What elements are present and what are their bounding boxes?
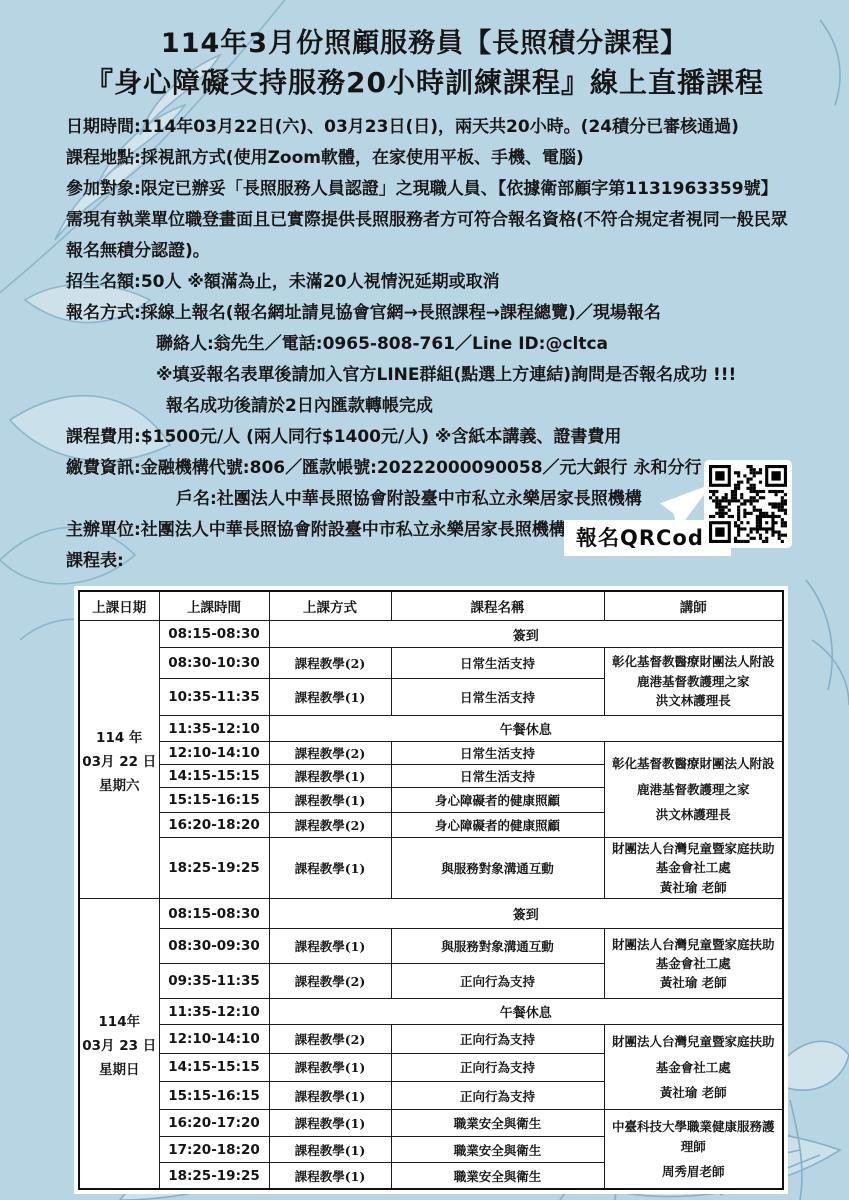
date-cell: 114 年03月 22 日星期六 [79,621,159,899]
info-segment: 課程地點:採視訊方式(使用Zoom軟體，在家使用平板、手機、電腦) [66,148,584,168]
info-segment: 聯絡人:翁先生／電話:0965-808-761／Line ID:@cltca [156,334,608,354]
method-cell: 課程教學(1) [269,838,391,899]
info-segment: (兩人同行$1400元/人) ※含紙本講義、證書費用 [240,427,621,447]
column-header: 上課方式 [269,591,391,621]
course-cell: 日常生活支持 [391,765,604,788]
info-segment: 主辦單位:社團法人中華長照協會附設臺中市私立永樂居家長照機構 [66,520,566,540]
info-segment: 20 [323,272,347,292]
info-segment: ※額滿為止，未滿 [181,272,322,292]
course-cell: 正向行為支持 [391,1081,604,1109]
info-segment: 20 [506,117,530,137]
instructor-line: 財團法人台灣兒童暨家庭扶助 [607,839,781,858]
column-header: 課程名稱 [391,591,604,621]
column-header: 講師 [604,591,783,621]
schedule-row: 114年03月 23 日星期日08:15-08:30簽到 [79,899,783,929]
info-segment: 1131963359號 [625,179,760,199]
instructor-line: 黃社瑜 老師 [607,878,781,897]
instructor-cell: 彰化基督教醫療財團法人附設鹿港基督教護理之家洪文林護理長 [604,648,783,716]
instructor-line: 財團法人台灣兒童暨家庭扶助 [607,1032,781,1051]
full-width-activity-cell: 午餐休息 [269,716,783,742]
instructor-cell: 財團法人台灣兒童暨家庭扶助基金會社工處黃社瑜 老師 [604,838,783,899]
info-segment: 參加對象:限定已辦妥「長照服務人員認證」之現職人員、【依據衛部顧字第 [66,179,625,199]
time-cell: 15:15-16:15 [159,1081,269,1109]
time-cell: 08:15-08:30 [159,621,269,648]
method-cell: 課程教學(2) [269,1025,391,1053]
title-line-1: 114年3月份照顧服務員【長照積分課程】 [0,26,849,61]
instructor-line: 洪文林護理長 [607,805,781,824]
instructor-line: 基金會社工處 [607,858,781,877]
info-line: 聯絡人:翁先生／電話:0965-808-761／Line ID:@cltca [66,329,792,360]
time-cell: 17:20-18:20 [159,1136,269,1163]
info-segment: 報名方式:採線上報名(報名網址請見協會官網→長照課程→課程總覽)／現場報名 [66,303,661,323]
schedule-row: 08:30-09:30課程教學(1)與服務對象溝通互動財團法人台灣兒童暨家庭扶助… [79,929,783,964]
qr-code-image [709,465,787,543]
instructor-cell: 中臺科技大學職業健康服務護理師周秀眉老師 [604,1110,783,1190]
instructor-cell: 彰化基督教醫療財團法人附設鹿港基督教護理之家洪文林護理長 [604,742,783,838]
info-line: 繳費資訊:金融機構代號:806／匯款帳號:20222000090058／元大銀行… [66,453,792,484]
full-width-activity-cell: 簽到 [269,899,783,929]
time-cell: 14:15-15:15 [159,1053,269,1081]
info-segment: 戶名:社團法人中華長照協會附設臺中市私立永樂居家長照機構 [176,489,642,509]
schedule-row: 18:25-19:25課程教學(1)與服務對象溝通互動財團法人台灣兒童暨家庭扶助… [79,838,783,899]
instructor-line: 財團法人台灣兒童暨家庭扶助 [607,935,781,954]
schedule-row: 114 年03月 22 日星期六08:15-08:30簽到 [79,621,783,648]
title-line-2: 『身心障礙支持服務20小時訓練課程』線上直播課程 [0,65,849,101]
course-cell: 正向行為支持 [391,1025,604,1053]
date-line: 03月 22 日 [82,750,157,770]
time-cell: 08:30-09:30 [159,929,269,964]
method-cell: 課程教學(1) [269,679,391,716]
method-cell: 課程教學(2) [269,813,391,838]
course-cell: 職業安全與衛生 [391,1163,604,1190]
schedule-row: 11:35-12:10午餐休息 [79,999,783,1025]
registration-qr-code [704,460,792,548]
info-line: 報名方式:採線上報名(報名網址請見協會官網→長照課程→課程總覽)／現場報名 [66,298,792,329]
instructor-line: 鹿港基督教護理之家 [607,672,781,691]
instructor-line: 基金會社工處 [607,954,781,973]
method-cell: 課程教學(1) [269,788,391,813]
info-segment: 114年03月22日(六)、03月23日(日) [141,117,438,137]
method-cell: 課程教學(1) [269,1053,391,1081]
flyer-page: 114年3月份照顧服務員【長照積分課程】 『身心障礙支持服務20小時訓練課程』線… [0,0,849,1200]
full-width-activity-cell: 午餐休息 [269,999,783,1025]
course-cell: 職業安全與衛生 [391,1136,604,1163]
info-segment: ／匯款帳號: [285,458,377,478]
column-header: 上課時間 [159,591,269,621]
time-cell: 10:35-11:35 [159,679,269,716]
course-cell: 正向行為支持 [391,964,604,999]
course-cell: 正向行為支持 [391,1053,604,1081]
info-line: 日期時間:114年03月22日(六)、03月23日(日)，兩天共20小時。(24… [66,112,792,143]
time-cell: 12:10-14:10 [159,742,269,765]
schedule-table-wrap: 上課日期上課時間上課方式課程名稱講師114 年03月 22 日星期六08:15-… [74,586,788,1194]
method-cell: 課程教學(1) [269,929,391,964]
info-segment: 招生名額: [66,272,141,292]
method-cell: 課程教學(2) [269,742,391,765]
flyer-title: 114年3月份照顧服務員【長照積分課程】 『身心障礙支持服務20小時訓練課程』線… [0,26,849,101]
time-cell: 15:15-16:15 [159,788,269,813]
info-segment: 報名成功後請於2日內匯款轉帳完成 [166,396,433,416]
method-cell: 課程教學(1) [269,1081,391,1109]
time-cell: 12:10-14:10 [159,1025,269,1053]
course-cell: 身心障礙者的健康照顧 [391,813,604,838]
info-line: 課程費用:$1500元/人 (兩人同行$1400元/人) ※含紙本講義、證書費用 [66,422,792,453]
course-cell: 與服務對象溝通互動 [391,929,604,964]
schedule-row: 08:30-10:30課程教學(2)日常生活支持彰化基督教醫療財團法人附設鹿港基… [79,648,783,679]
instructor-line: 彰化基督教醫療財團法人附設 [607,652,781,671]
schedule-row: 12:10-14:10課程教學(2)正向行為支持財團法人台灣兒童暨家庭扶助基金會… [79,1025,783,1053]
schedule-row: 11:35-12:10午餐休息 [79,716,783,742]
date-line: 114 年 [82,726,157,746]
date-line: 星期六 [82,774,157,794]
instructor-line: 基金會社工處 [607,1058,781,1077]
info-segment: 20222000090058 [377,458,543,478]
instructor-line: 黃社瑜 老師 [607,1083,781,1102]
info-segment: 日期時間: [66,117,141,137]
info-line: 參加對象:限定已辦妥「長照服務人員認證」之現職人員、【依據衛部顧字第113196… [66,174,792,267]
info-segment: 806 [250,458,286,478]
info-segment: 繳費資訊:金融機構代號: [66,458,250,478]
info-segment: $1500元/人 [141,427,240,447]
info-segment: 人視情況延期或取消 [347,272,500,292]
method-cell: 課程教學(1) [269,1136,391,1163]
info-segment: 小時。(24積分已審核通過) [530,117,739,137]
instructor-line: 洪文林護理長 [607,691,781,710]
time-cell: 14:15-15:15 [159,765,269,788]
course-cell: 與服務對象溝通互動 [391,838,604,899]
info-line: 招生名額:50人 ※額滿為止，未滿20人視情況延期或取消 [66,267,792,298]
time-cell: 16:20-17:20 [159,1110,269,1137]
method-cell: 課程教學(2) [269,964,391,999]
instructor-line: 鹿港基督教護理之家 [607,780,781,799]
full-width-activity-cell: 簽到 [269,621,783,648]
method-cell: 課程教學(1) [269,1163,391,1190]
instructor-line: 周秀眉老師 [607,1162,781,1181]
course-cell: 身心障礙者的健康照顧 [391,788,604,813]
instructor-line: 黃社瑜 老師 [607,973,781,992]
method-cell: 課程教學(2) [269,648,391,679]
time-cell: 18:25-19:25 [159,838,269,899]
course-cell: 職業安全與衛生 [391,1110,604,1137]
course-schedule-table: 上課日期上課時間上課方式課程名稱講師114 年03月 22 日星期六08:15-… [78,590,784,1190]
info-segment: 課程表: [66,551,124,571]
info-line: ※填妥報名表單後請加入官方LINE群組(點選上方連結)詢問是否報名成功 !!! [66,360,792,391]
time-cell: 08:30-10:30 [159,648,269,679]
info-segment: 課程費用: [66,427,141,447]
info-segment: 50人 [141,272,182,292]
instructor-cell: 財團法人台灣兒童暨家庭扶助基金會社工處黃社瑜 老師 [604,929,783,999]
info-segment: ，兩天共 [438,117,506,137]
time-cell: 11:35-12:10 [159,716,269,742]
date-line: 114年 [82,1010,157,1030]
time-cell: 16:20-18:20 [159,813,269,838]
info-line: 報名成功後請於2日內匯款轉帳完成 [66,391,792,422]
info-segment: ／元大銀行 永和分行 [543,458,702,478]
time-cell: 09:35-11:35 [159,964,269,999]
schedule-row: 12:10-14:10課程教學(2)日常生活支持彰化基督教醫療財團法人附設鹿港基… [79,742,783,765]
course-cell: 日常生活支持 [391,742,604,765]
date-line: 03月 23 日 [82,1034,157,1054]
course-cell: 日常生活支持 [391,679,604,716]
time-cell: 18:25-19:25 [159,1163,269,1190]
method-cell: 課程教學(1) [269,765,391,788]
instructor-line: 彰化基督教醫療財團法人附設 [607,754,781,773]
method-cell: 課程教學(1) [269,1110,391,1137]
course-cell: 日常生活支持 [391,648,604,679]
time-cell: 11:35-12:10 [159,999,269,1025]
instructor-line: 中臺科技大學職業健康服務護理師 [607,1117,781,1156]
time-cell: 08:15-08:30 [159,899,269,929]
date-line: 星期日 [82,1058,157,1078]
schedule-row: 16:20-17:20課程教學(1)職業安全與衛生中臺科技大學職業健康服務護理師… [79,1110,783,1137]
column-header: 上課日期 [79,591,159,621]
info-segment: ※填妥報名表單後請加入官方LINE群組(點選上方連結)詢問是否報名成功 !!! [156,365,736,385]
info-line: 課程地點:採視訊方式(使用Zoom軟體，在家使用平板、手機、電腦) [66,143,792,174]
instructor-cell: 財團法人台灣兒童暨家庭扶助基金會社工處黃社瑜 老師 [604,1025,783,1110]
date-cell: 114年03月 23 日星期日 [79,899,159,1190]
qr-label-text: 報名QRCode [576,526,719,550]
